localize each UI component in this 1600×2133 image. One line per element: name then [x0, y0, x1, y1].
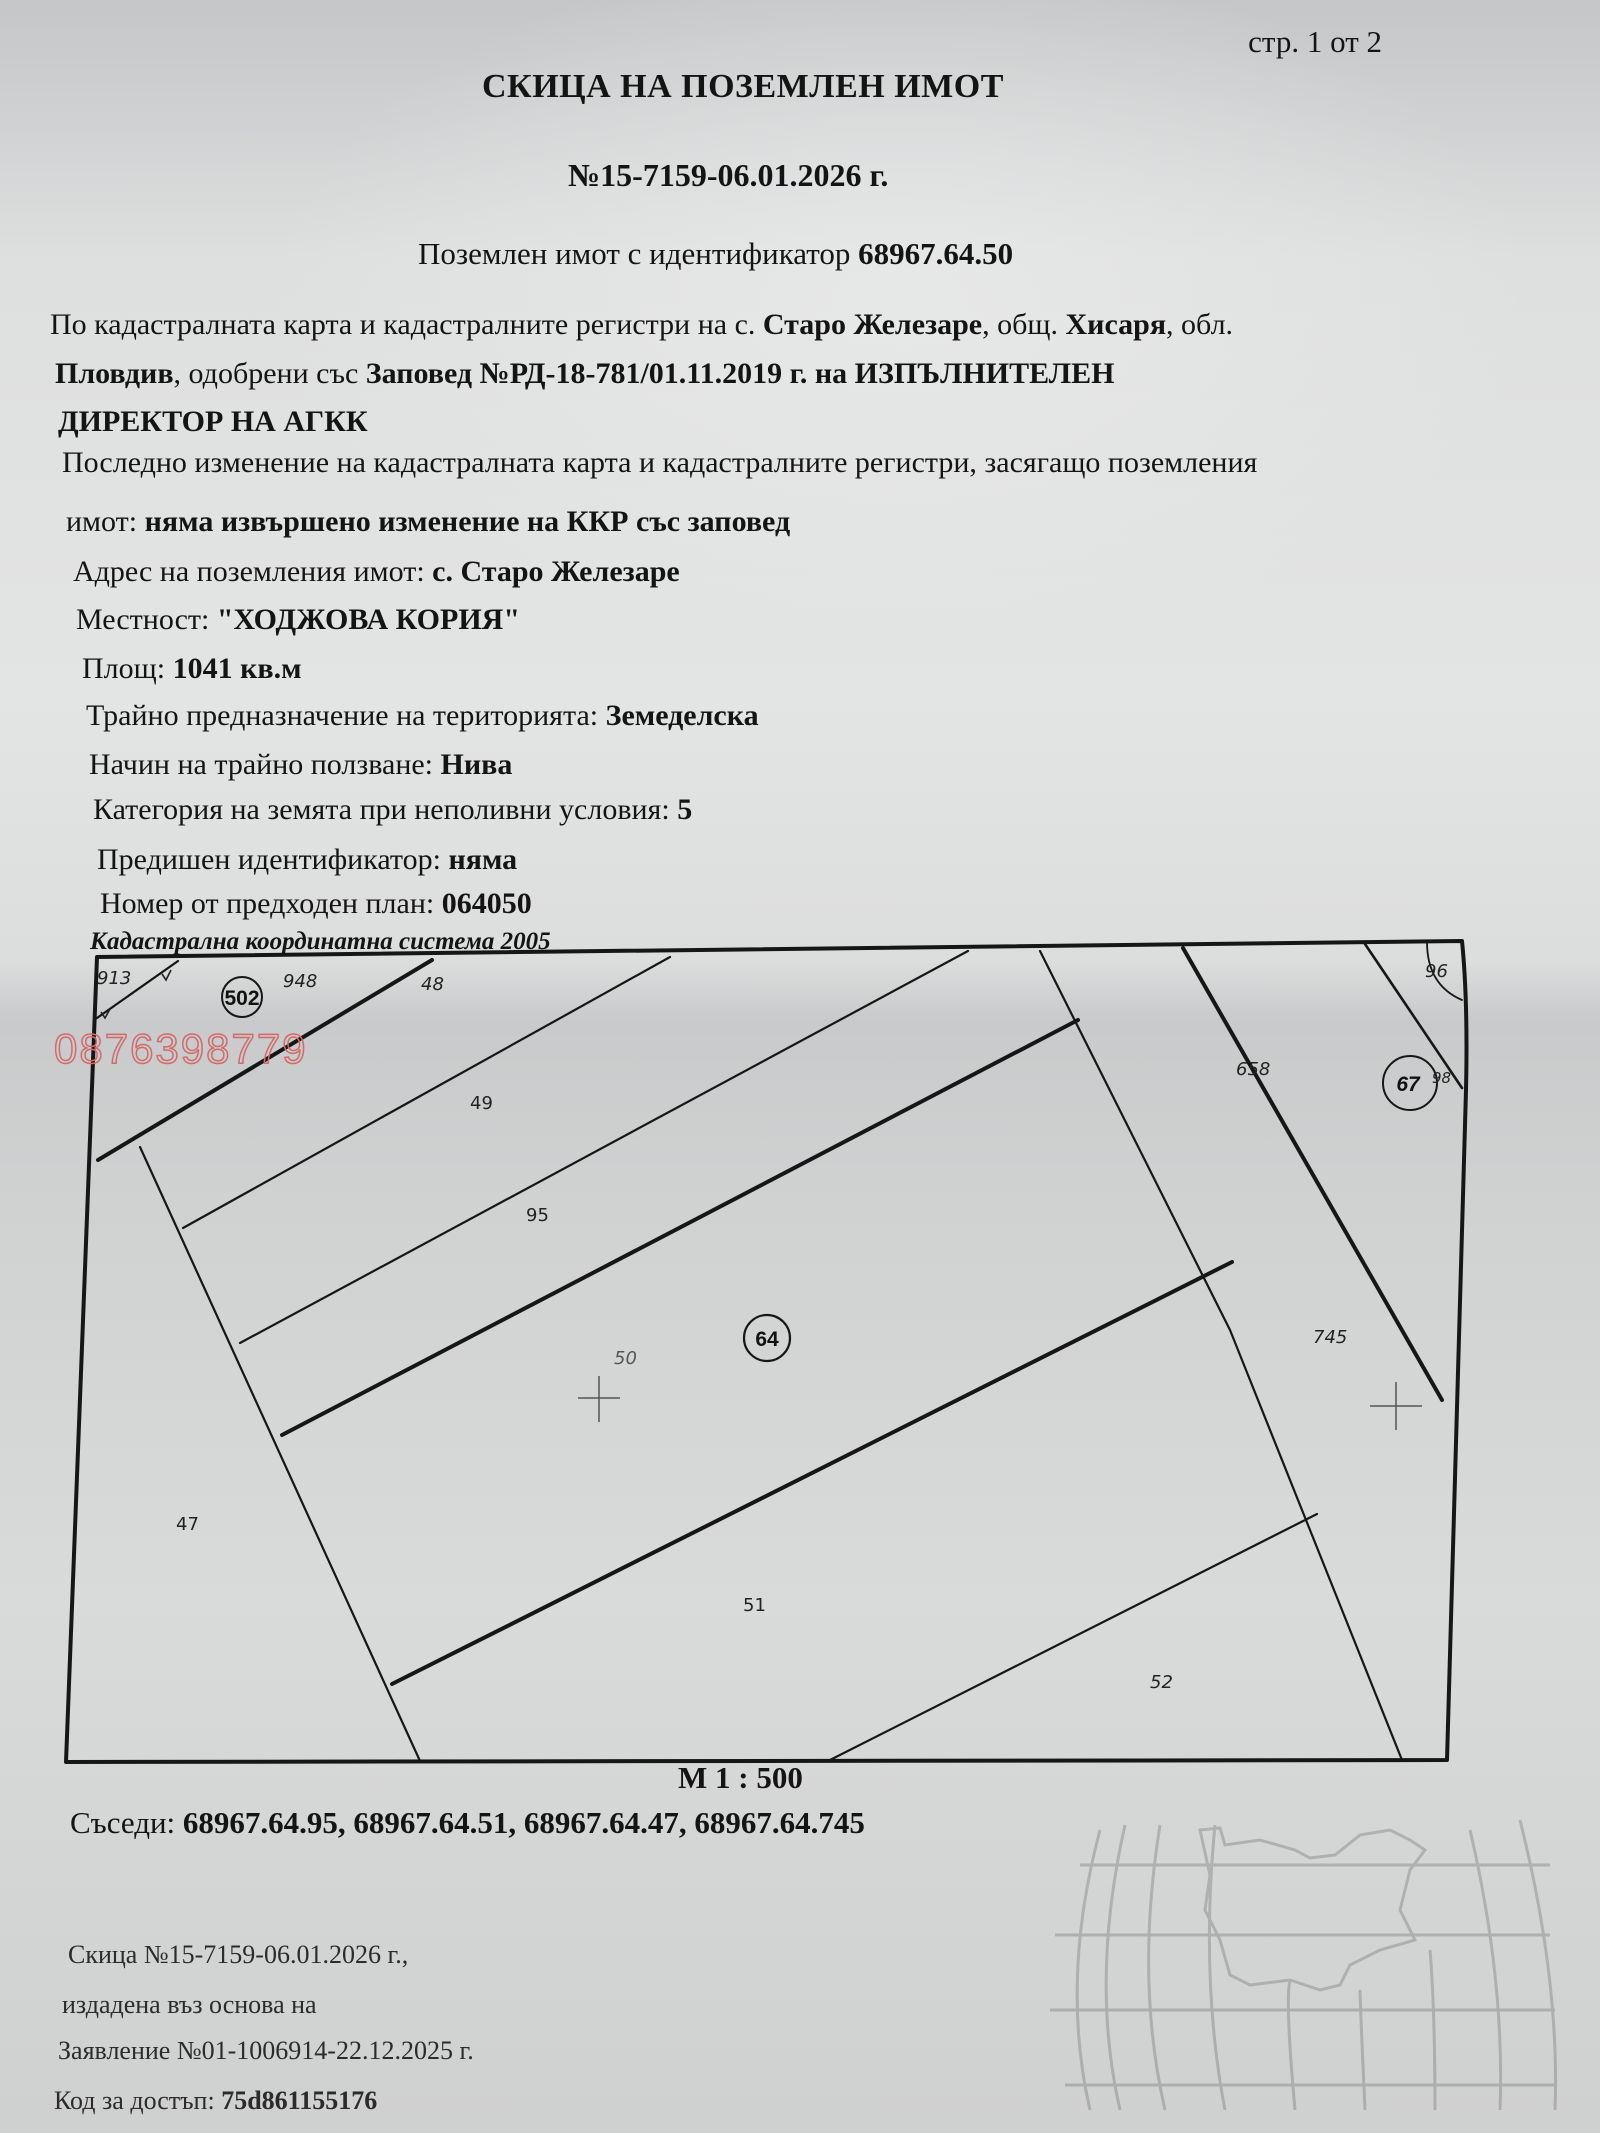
phone-watermark: 0876398779: [54, 1025, 308, 1073]
parcel-label-49: 49: [470, 1093, 493, 1114]
parcel-label-96: 96: [1425, 961, 1448, 982]
footer-issued-basis: издадена въз основа на: [62, 1990, 317, 2020]
circled-label-502: 502: [224, 987, 259, 1010]
parcel-label-913: 913: [97, 968, 131, 989]
access-code-label: Код за достъп:: [54, 2086, 221, 2115]
circled-label-64: 64: [755, 1328, 779, 1351]
footer-application: Заявление №01-1006914-22.12.2025 г.: [58, 2036, 474, 2066]
parcel-label-948: 948: [283, 971, 317, 992]
parcel-label-745: 745: [1313, 1327, 1347, 1348]
parcel-label-50: 50: [614, 1348, 637, 1369]
parcel-label-52: 52: [1150, 1672, 1173, 1693]
parcel-label-658: 658: [1236, 1059, 1270, 1080]
parcel-label-95: 95: [526, 1205, 549, 1226]
map-scale: М 1 : 500: [678, 1760, 803, 1796]
parcel-label-98: 98: [1432, 1069, 1451, 1087]
parcel-label-51: 51: [743, 1595, 766, 1616]
bulgaria-globe-watermark-icon: [1050, 1780, 1570, 2133]
neighbors-list: 68967.64.95, 68967.64.51, 68967.64.47, 6…: [183, 1805, 865, 1840]
circled-label-67: 67: [1396, 1073, 1421, 1096]
parcel-label-48: 48: [421, 974, 444, 995]
footer-access-code: Код за достъп: 75d861155176: [54, 2086, 377, 2116]
access-code-value: 75d861155176: [221, 2086, 377, 2115]
parcel-label-47: 47: [176, 1514, 199, 1535]
footer-sketch-number: Скица №15-7159-06.01.2026 г.,: [68, 1940, 408, 1970]
neighbors-label: Съседи:: [70, 1805, 183, 1840]
neighbors: Съседи: 68967.64.95, 68967.64.51, 68967.…: [70, 1805, 865, 1841]
